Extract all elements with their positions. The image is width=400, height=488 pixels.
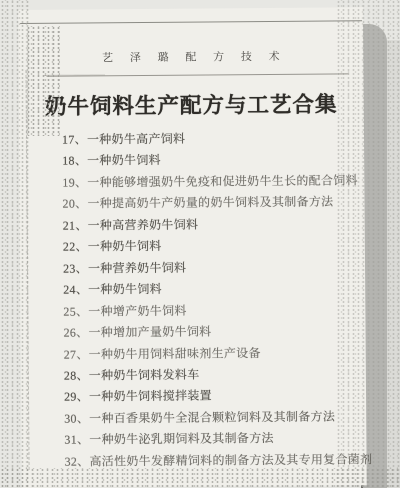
page-title: 奶牛饲料生产配方与工艺合集 <box>19 87 364 121</box>
page-fold-line <box>25 70 29 470</box>
toc-item: 23、一种营养奶牛饲料 <box>63 256 355 280</box>
scanned-book-page: { "brand_header": { "text": "艺 泽 璐 配 方 技… <box>0 0 400 488</box>
toc-item: 24、一种奶牛饲料 <box>63 278 355 302</box>
toc-item: 18、一种奶牛饲料 <box>62 149 354 173</box>
header-divider <box>47 73 349 76</box>
toc-item: 19、一种能够增强奶牛免疫和促进奶牛生长的配合饲料 <box>62 170 354 194</box>
toc-item: 31、一种奶牛泌乳期饲料及其制备方法 <box>64 428 356 452</box>
page-stack-edge <box>363 24 387 488</box>
page-top-border <box>20 20 362 24</box>
toc-item: 29、一种奶牛饲料搅拌装置 <box>64 385 356 409</box>
page: 艺 泽 璐 配 方 技 术 奶牛饲料生产配方与工艺合集 17、一种奶牛高产饲料 … <box>18 7 367 488</box>
toc-item: 17、一种奶牛高产饲料 <box>62 127 354 151</box>
toc-item: 25、一种增产奶牛饲料 <box>63 299 355 323</box>
toc-item: 26、一种增加产量奶牛饲料 <box>63 320 355 344</box>
brand-header: 艺 泽 璐 配 方 技 术 <box>18 47 363 66</box>
toc-item: 32、高活性奶牛发酵精饲料的制备方法及其专用复合菌剂 <box>64 449 356 473</box>
toc-item: 21、一种高营养奶牛饲料 <box>63 213 355 237</box>
toc-list: 17、一种奶牛高产饲料 18、一种奶牛饲料 19、一种能够增强奶牛免疫和促进奶牛… <box>62 127 357 473</box>
toc-item: 20、一种提高奶牛产奶量的奶牛饲料及其制备方法 <box>62 192 354 216</box>
toc-item: 30、一种百香果奶牛全混合颗粒饲料及其制备方法 <box>64 406 356 430</box>
toc-item: 22、一种奶牛饲料 <box>63 235 355 259</box>
toc-item: 28、一种奶牛饲料发料车 <box>64 363 356 387</box>
toc-item: 27、一种奶牛用饲料甜味剂生产设备 <box>64 342 356 366</box>
